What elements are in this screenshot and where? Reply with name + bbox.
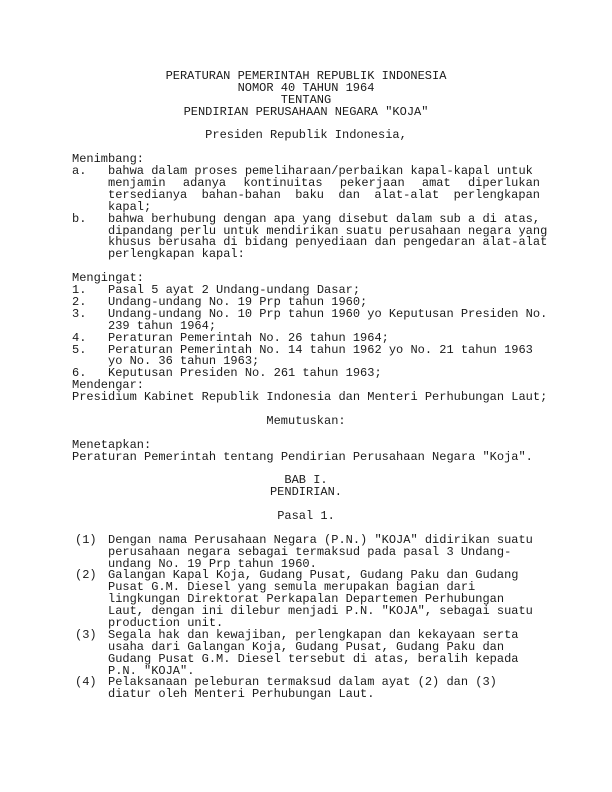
regulation-text: PERATURAN PEMERINTAH REPUBLIK INDONESIA … (72, 71, 542, 701)
item-text: bahwa berhubung dengan apa yang disebut … (108, 214, 540, 262)
clause-text: Segala hak dan kewajiban, perlengkapan d… (108, 630, 540, 678)
item-text: bahwa dalam proses pemeliharaan/perbaika… (108, 166, 540, 214)
item-marker: a. (72, 166, 108, 214)
item-text: Undang-undang No. 10 Prp tahun 1960 yo K… (108, 309, 540, 333)
item-marker: b. (72, 214, 108, 262)
clause-line: diatur oleh Menteri Perhubungan Laut. (108, 689, 540, 701)
item-line: tersedianya bahan-bahan baku dan alat-al… (108, 190, 540, 202)
memutuskan-heading: Memutuskan: (72, 416, 540, 428)
mendengar-text: Presidium Kabinet Republik Indonesia dan… (72, 392, 542, 404)
chapter-title: PENDIRIAN. (72, 487, 540, 499)
clause-text: Galangan Kapal Koja, Gudang Pusat, Gudan… (108, 570, 540, 629)
item-marker: 3. (72, 309, 108, 333)
issuer: Presiden Republik Indonesia, (72, 130, 540, 142)
menimbang-item-a: a. bahwa dalam proses pemeliharaan/perba… (72, 166, 542, 214)
item-line: perlengkapan kapal: (108, 249, 540, 261)
clause-text: Dengan nama Perusahaan Negara (P.N.) "KO… (108, 535, 540, 571)
article-title: Pasal 1. (72, 511, 540, 523)
clause-marker: (1) (72, 535, 108, 571)
article-clause-2: (2) Galangan Kapal Koja, Gudang Pusat, G… (72, 570, 542, 629)
item-marker: 5. (72, 345, 108, 369)
document-page: PERATURAN PEMERINTAH REPUBLIK INDONESIA … (0, 0, 612, 792)
clause-marker: (3) (72, 630, 108, 678)
mengingat-item-5: 5. Peraturan Pemerintah No. 14 tahun 196… (72, 345, 542, 369)
mengingat-item-3: 3. Undang-undang No. 10 Prp tahun 1960 y… (72, 309, 542, 333)
title-line-4: PENDIRIAN PERUSAHAAN NEGARA "KOJA" (72, 107, 540, 119)
menetapkan-text: Peraturan Pemerintah tentang Pendirian P… (72, 452, 542, 464)
item-text: Keputusan Presiden No. 261 tahun 1963; (108, 368, 540, 380)
article-clause-1: (1) Dengan nama Perusahaan Negara (P.N.)… (72, 535, 542, 571)
item-text: Peraturan Pemerintah No. 14 tahun 1962 y… (108, 345, 540, 369)
clause-text: Pelaksanaan peleburan termaksud dalam ay… (108, 677, 540, 701)
article-clause-4: (4) Pelaksanaan peleburan termaksud dala… (72, 677, 542, 701)
article-clause-3: (3) Segala hak dan kewajiban, perlengkap… (72, 630, 542, 678)
item-line: Keputusan Presiden No. 261 tahun 1963; (108, 368, 540, 380)
clause-marker: (2) (72, 570, 108, 629)
menimbang-item-b: b. bahwa berhubung dengan apa yang diseb… (72, 214, 542, 262)
clause-marker: (4) (72, 677, 108, 701)
